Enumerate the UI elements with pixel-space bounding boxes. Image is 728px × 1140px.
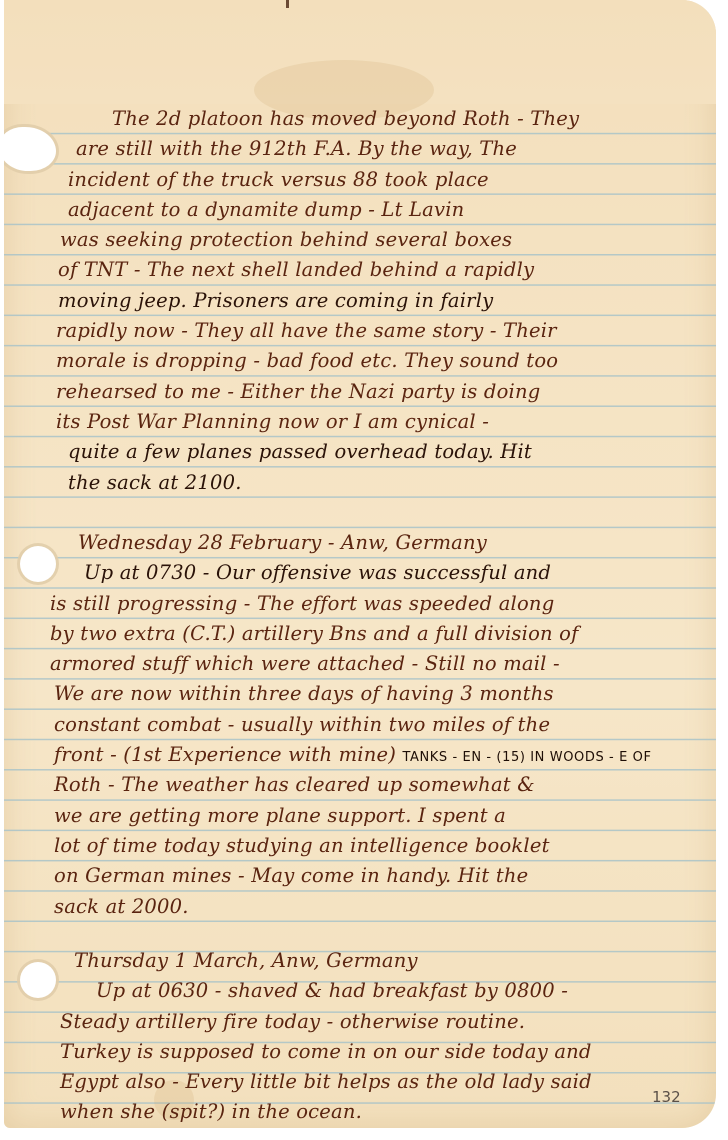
text-line: Up at 0730 - Our offensive was successfu… — [4, 558, 716, 588]
text-line: is still progressing - The effort was sp… — [4, 589, 716, 619]
text-line: the sack at 2100. — [4, 468, 716, 498]
entry-thursday: Thursday 1 March, Anw, Germany Up at 063… — [4, 946, 716, 1128]
text-line: Egypt also - Every little bit helps as t… — [4, 1067, 716, 1097]
text-line: front - (1st Experience with mine) TANKS… — [4, 740, 716, 770]
text-line: rehearsed to me - Either the Nazi party … — [4, 377, 716, 407]
text-line: lot of time today studying an intelligen… — [4, 831, 716, 861]
text-line: by two extra (C.T.) artillery Bns and a … — [4, 619, 716, 649]
text-line: adjacent to a dynamite dump - Lt Lavin — [4, 195, 716, 225]
entry-heading: Wednesday 28 February - Anw, Germany — [4, 528, 716, 558]
text-fragment: front - (1st Experience with mine) — [54, 743, 396, 766]
text-line: morale is dropping - bad food etc. They … — [4, 346, 716, 376]
diary-page: The 2d platoon has moved beyond Roth - T… — [4, 0, 716, 1128]
text-line: Steady artillery fire today - otherwise … — [4, 1007, 716, 1037]
entry-continuation: The 2d platoon has moved beyond Roth - T… — [4, 104, 716, 498]
text-line: was seeking protection behind several bo… — [4, 225, 716, 255]
page-number: 132 — [652, 1088, 681, 1106]
text-line: moving jeep. Prisoners are coming in fai… — [4, 286, 716, 316]
text-line: The 2d platoon has moved beyond Roth - T… — [4, 104, 716, 134]
text-line: We are now within three days of having 3… — [4, 679, 716, 709]
text-line: Turkey is supposed to come in on our sid… — [4, 1037, 716, 1067]
text-line: rapidly now - They all have the same sto… — [4, 316, 716, 346]
top-edge-mark — [286, 0, 289, 8]
text-line: are still with the 912th F.A. By the way… — [4, 134, 716, 164]
text-line: its Post War Planning now or I am cynica… — [4, 407, 716, 437]
annotation-caps: TANKS - EN - (15) IN WOODS - E OF — [402, 750, 651, 765]
text-line: sack at 2000. — [4, 892, 716, 922]
text-line: Up at 0630 - shaved & had breakfast by 0… — [4, 976, 716, 1006]
entry-wednesday: Wednesday 28 February - Anw, Germany Up … — [4, 528, 716, 922]
text-line: constant combat - usually within two mil… — [4, 710, 716, 740]
text-line: on German mines - May come in handy. Hit… — [4, 861, 716, 891]
text-line: of TNT - The next shell landed behind a … — [4, 255, 716, 285]
text-line: armored stuff which were attached - Stil… — [4, 649, 716, 679]
entry-heading: Thursday 1 March, Anw, Germany — [4, 946, 716, 976]
text-line: Roth - The weather has cleared up somewh… — [4, 770, 716, 800]
text-line: quite a few planes passed overhead today… — [4, 437, 716, 467]
text-line: when she (spit?) in the ocean. — [4, 1097, 716, 1127]
text-line: we are getting more plane support. I spe… — [4, 801, 716, 831]
text-line: incident of the truck versus 88 took pla… — [4, 165, 716, 195]
